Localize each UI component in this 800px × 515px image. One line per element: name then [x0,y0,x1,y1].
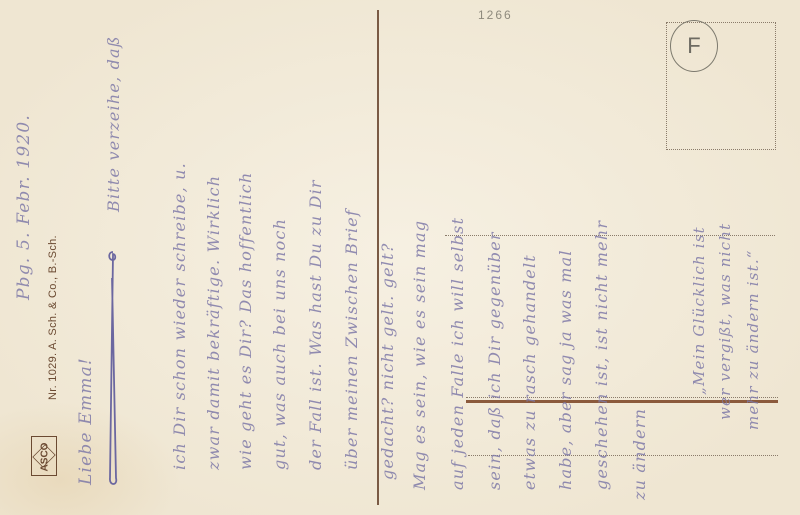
address-line-3 [468,455,778,456]
message-left-line-5: gut, was auch bei uns noch [270,218,289,470]
circled-letter: F [687,33,700,59]
message-right-line-4: sein, daß ich Dir gegenüber [485,231,504,490]
salutation-flourish-icon [106,248,120,488]
message-right-line-6: habe, aber sag ja was mal [556,249,575,490]
message-right-line-10: wer vergißt, was nicht [716,223,734,420]
handwritten-salutation: Liebe Emma! [76,357,96,485]
handwritten-date: Pbg. 5. Febr. 1920. [14,114,34,300]
asco-logo: ASCO [31,436,57,476]
message-right-line-8: zu ändern [630,408,649,500]
postcard-back: F 1266 Nr. 1029. A. Sch. & Co., B.-Sch. … [0,0,800,515]
message-right-line-5: etwas zu rasch gehandelt [520,254,539,490]
message-left-line-1: Bitte verzeihe, daß [104,35,123,212]
message-left-line-7: über meinen Zwischen Brief [342,209,361,470]
message-left-line-4: wie geht es Dir? Das hoffentlich [236,172,255,470]
message-right-line-1: gedacht? nicht gelt. gelt? [378,242,397,480]
message-right-line-11: mehr zu ändern ist.“ [744,249,762,430]
message-left-line-6: der Fall ist. Was hast Du zu Dir [306,179,325,470]
message-right-line-2: Mag es sein, wie es sein mag [410,220,429,490]
message-right-line-9: „Mein Glücklich ist [690,226,708,395]
pencil-circled-letter: F [670,20,718,72]
publisher-imprint: Nr. 1029. A. Sch. & Co., B.-Sch. [47,235,59,400]
logo-text: ASCO [40,443,51,472]
message-right-line-3: auf jeden Falle ich will selbst [448,217,467,490]
message-left-line-3: zwar damit bekräftige. Wirklich [204,175,223,470]
pencil-catalog-number: 1266 [478,8,513,22]
message-left-line-2: ich Dir schon wieder schreibe, u. [170,162,189,470]
message-right-line-7: geschehen ist, ist nicht mehr [592,220,611,490]
